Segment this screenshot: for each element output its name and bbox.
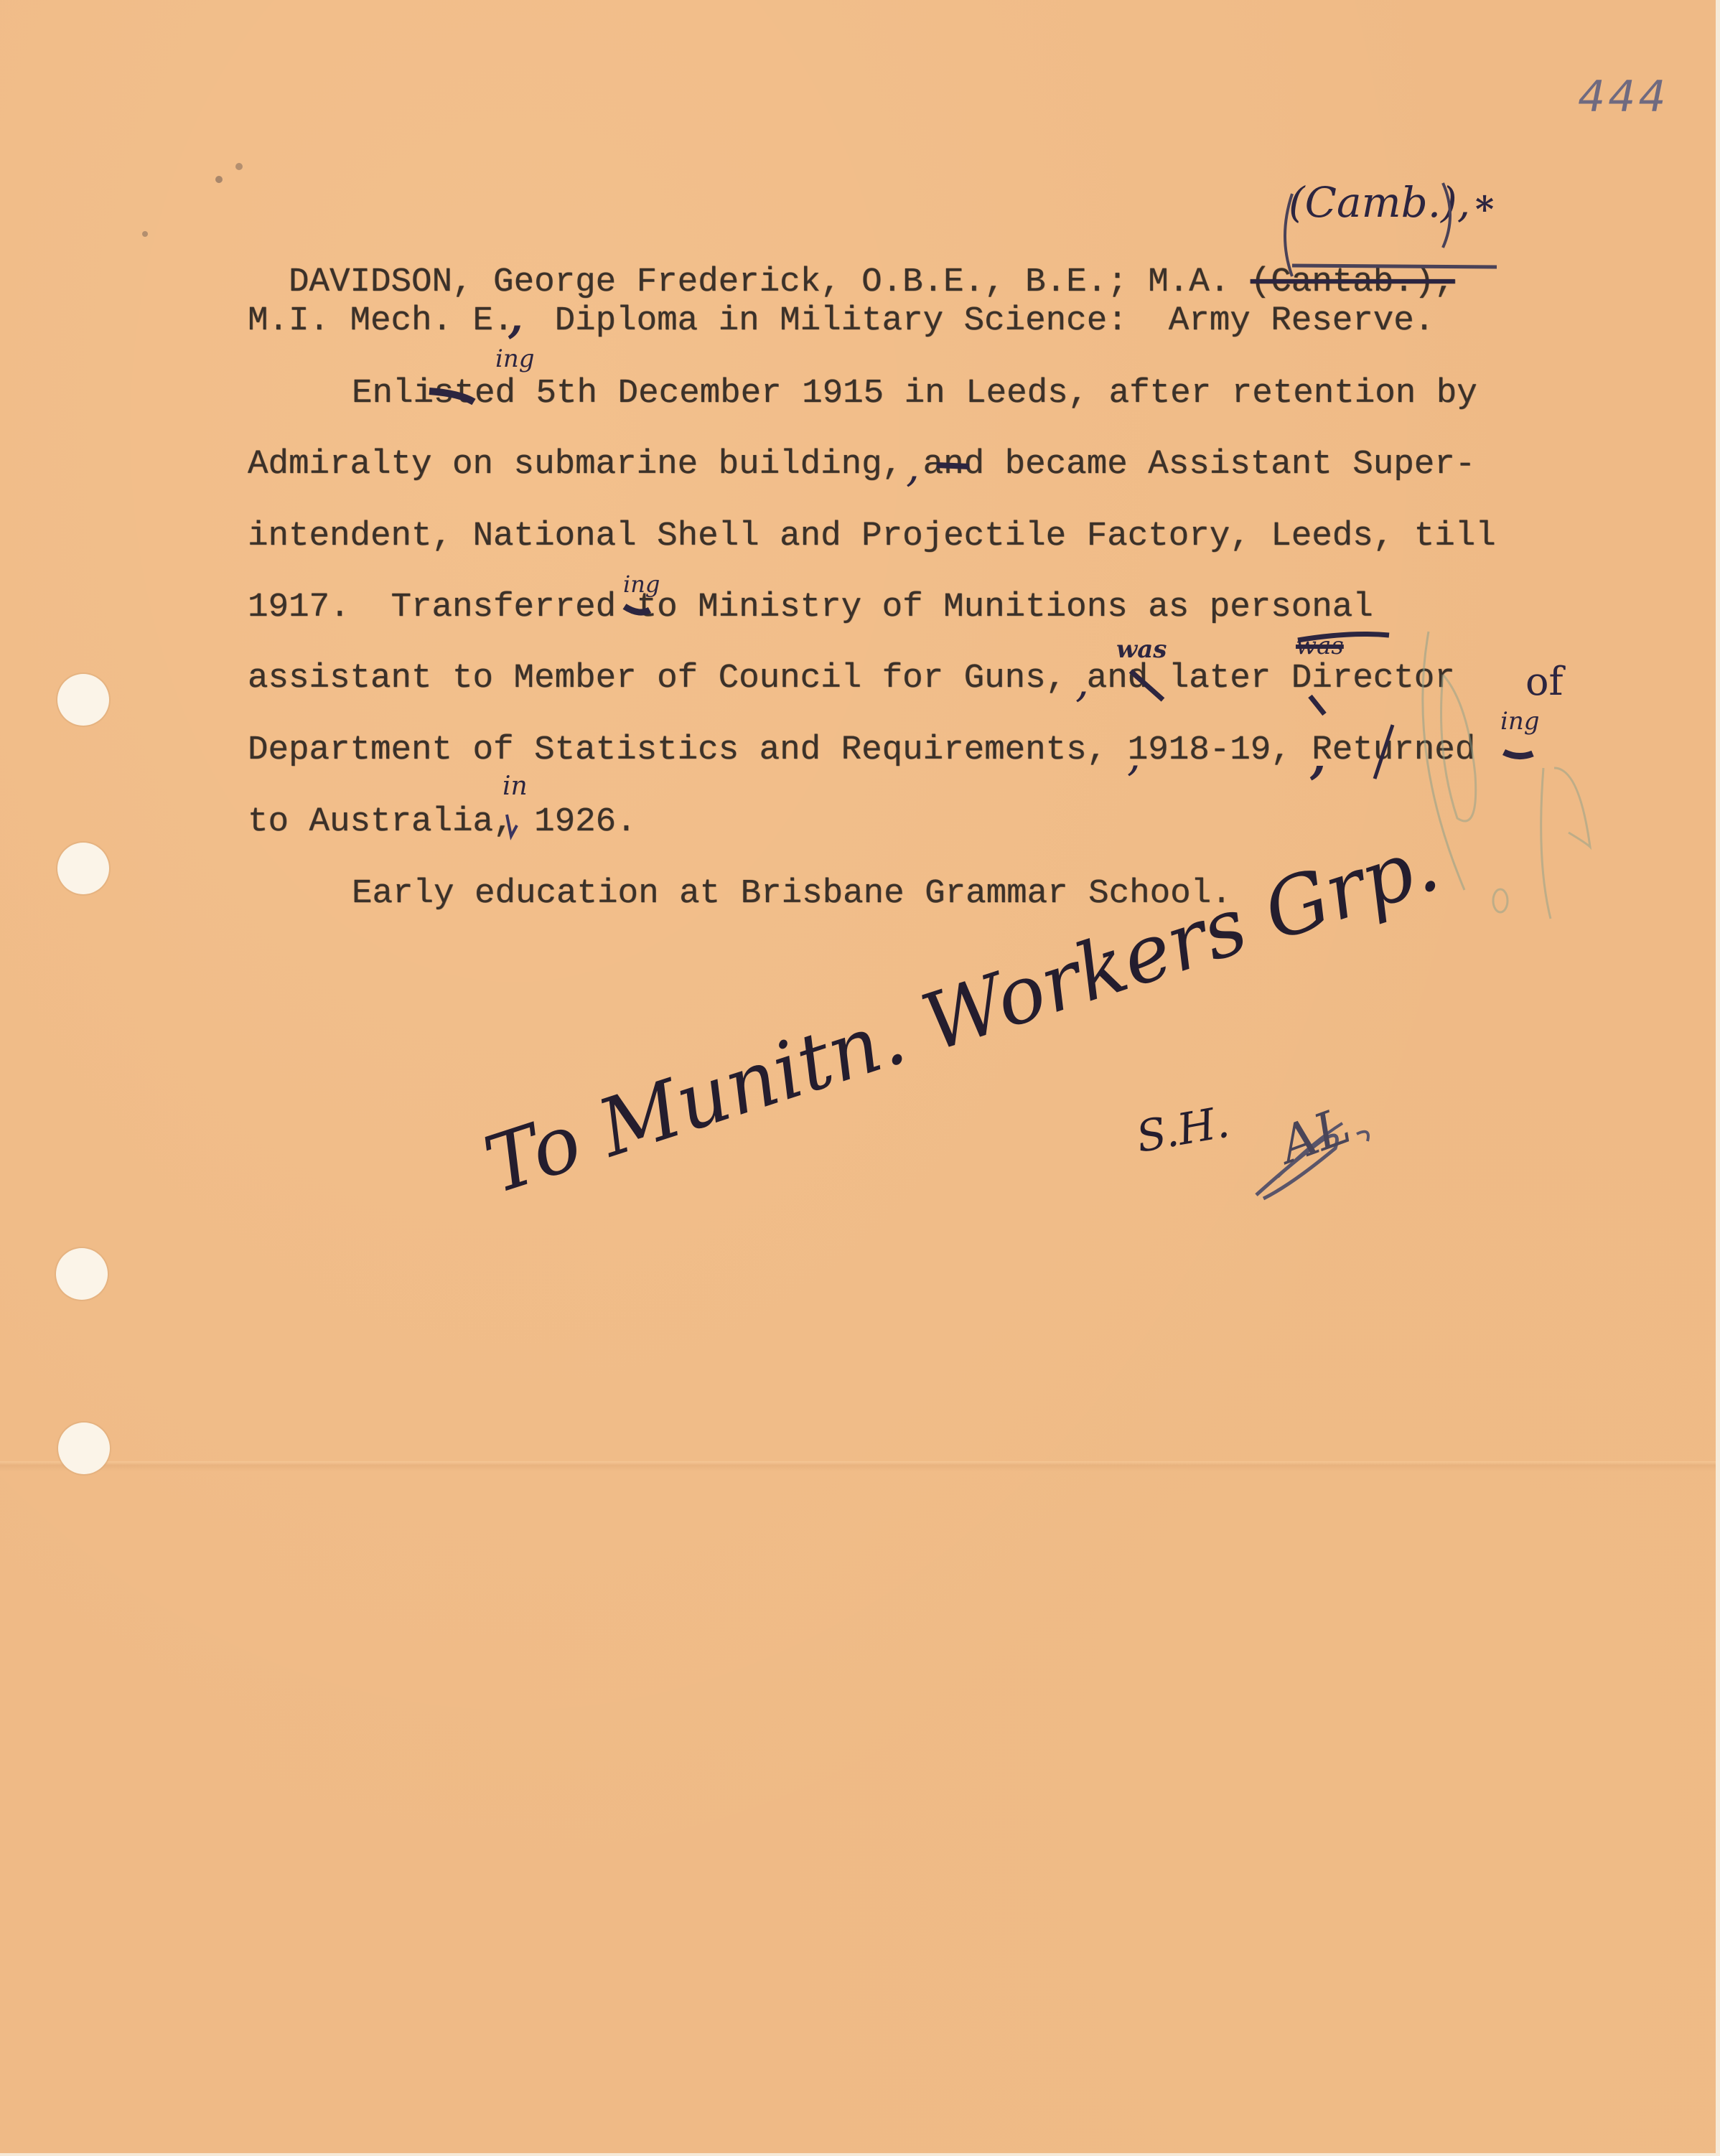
typed-line-6: 1917. Transferred to Ministry of Munitio… bbox=[248, 591, 1373, 625]
handwritten-of: of bbox=[1525, 659, 1564, 704]
typed-line-5: intendent, National Shell and Projectile… bbox=[248, 520, 1496, 554]
punch-hole bbox=[56, 1248, 108, 1300]
typed-line-3: Enlisted 5th December 1915 in Leeds, aft… bbox=[352, 377, 1477, 411]
fold-crease bbox=[0, 1461, 1716, 1471]
asterisk-mark: * bbox=[1475, 188, 1494, 230]
handwritten-was: was bbox=[1116, 635, 1167, 664]
typed-heading-name: DAVIDSON, George Frederick, O.B.E., B.E.… bbox=[289, 263, 1251, 301]
handwritten-comma: , bbox=[1127, 731, 1141, 781]
handwritten-comma: , bbox=[906, 441, 920, 492]
punch-hole bbox=[58, 1423, 110, 1474]
typed-line-8: Department of Statistics and Requirement… bbox=[248, 733, 1475, 768]
typed-line-4: Admiralty on submarine building, and bec… bbox=[248, 448, 1475, 482]
handwritten-in: in bbox=[503, 772, 528, 801]
punch-hole bbox=[57, 674, 109, 726]
typed-line-7: assistant to Member of Council for Guns,… bbox=[248, 662, 1455, 696]
typed-line-1: DAVIDSON, George Frederick, O.B.E., B.E.… bbox=[248, 231, 1455, 299]
handwritten-ing: ing bbox=[495, 345, 535, 373]
page-edge-right bbox=[1716, 0, 1720, 2156]
struck-was: was bbox=[1296, 632, 1344, 660]
punch-hole bbox=[57, 843, 109, 894]
handwritten-ing: ing bbox=[1500, 707, 1540, 736]
page-number: 444 bbox=[1578, 72, 1669, 122]
handwritten-camb: (Camb.), bbox=[1289, 178, 1470, 227]
typed-line-10: Early education at Brisbane Grammar Scho… bbox=[352, 877, 1232, 911]
handwritten-comma: , bbox=[1075, 657, 1089, 707]
typed-line-2: M.I. Mech. E. Diploma in Military Scienc… bbox=[248, 304, 1434, 339]
handwritten-ing: ing bbox=[623, 571, 660, 598]
handwritten-comma: , bbox=[1310, 731, 1326, 784]
typed-line-9: to Australia, 1926. bbox=[248, 805, 637, 840]
struck-cantab: (Cantab.), bbox=[1251, 263, 1455, 301]
handwritten-comma: , bbox=[508, 293, 523, 343]
page-edge-bottom bbox=[0, 2153, 1720, 2156]
